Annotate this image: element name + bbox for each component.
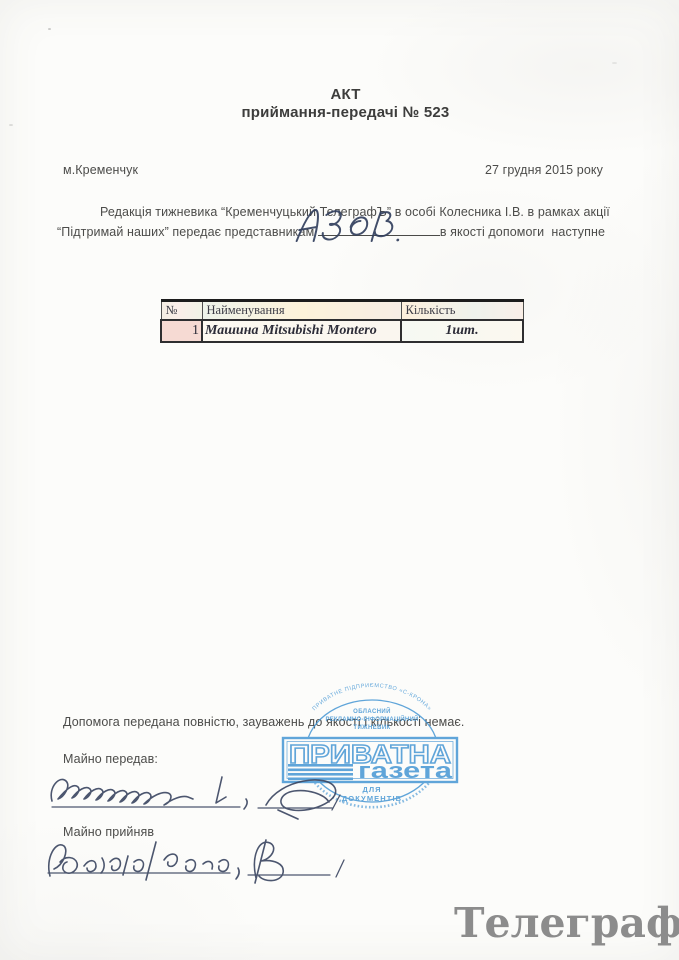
document-title-line2: приймання-передачі № 523 <box>6 104 679 121</box>
goods-table: № Найменування Кількість 1 Машина Mitsub… <box>160 299 524 343</box>
body-line2-prefix: “Підтримай наших” передає представникам <box>57 225 318 239</box>
col-header-quantity: Кількість <box>401 301 523 321</box>
document-city: м.Кременчук <box>63 163 138 177</box>
stamp-name-sub: газета <box>358 758 453 783</box>
receiver-signature <box>40 836 400 888</box>
transferor-signature <box>40 763 360 823</box>
document-title-line1: АКТ <box>6 86 679 103</box>
stamp-inner-line2: РЕКЛАМНО-ІНФОРМАЦІЙНИЙ <box>326 715 419 723</box>
scan-speck <box>48 28 51 30</box>
svg-text:ПРИВАТНЕ ПІДПРИЄМСТВО «С-КРОНА: ПРИВАТНЕ ПІДПРИЄМСТВО «С-КРОНА» <box>312 683 433 712</box>
col-header-number: № <box>161 301 202 321</box>
body-line2-suffix: в якості допомоги наступне <box>440 225 605 239</box>
row-number: 1 <box>161 320 202 342</box>
stamp-inner-line1: ОБЛАСНИЙ <box>353 707 391 715</box>
table-row: 1 Машина Mitsubishi Montero 1шт. <box>161 320 523 342</box>
document-date: 27 грудня 2015 року <box>485 163 603 177</box>
scan-speck <box>612 62 617 64</box>
handwritten-recipient <box>290 203 416 247</box>
stamp-top-arc-text: ПРИВАТНЕ ПІДПРИЄМСТВО «С-КРОНА» <box>312 683 433 712</box>
newspaper-logo-watermark: ТелеграфЪ <box>454 899 679 944</box>
scanned-document-page: АКТ приймання-передачі № 523 м.Кременчук… <box>0 0 679 960</box>
row-quantity: 1шт. <box>401 320 523 342</box>
row-item-name: Машина Mitsubishi Montero <box>202 320 401 342</box>
table-header-row: № Найменування Кількість <box>161 301 523 321</box>
scan-speck <box>9 124 13 126</box>
stamp-inner-line3: ТИЖНЕВИК <box>353 725 390 731</box>
logo-text-gray: Телеграф <box>454 899 679 947</box>
stamp-purpose-line1: ДЛЯ <box>363 785 382 794</box>
col-header-name: Найменування <box>202 301 401 321</box>
